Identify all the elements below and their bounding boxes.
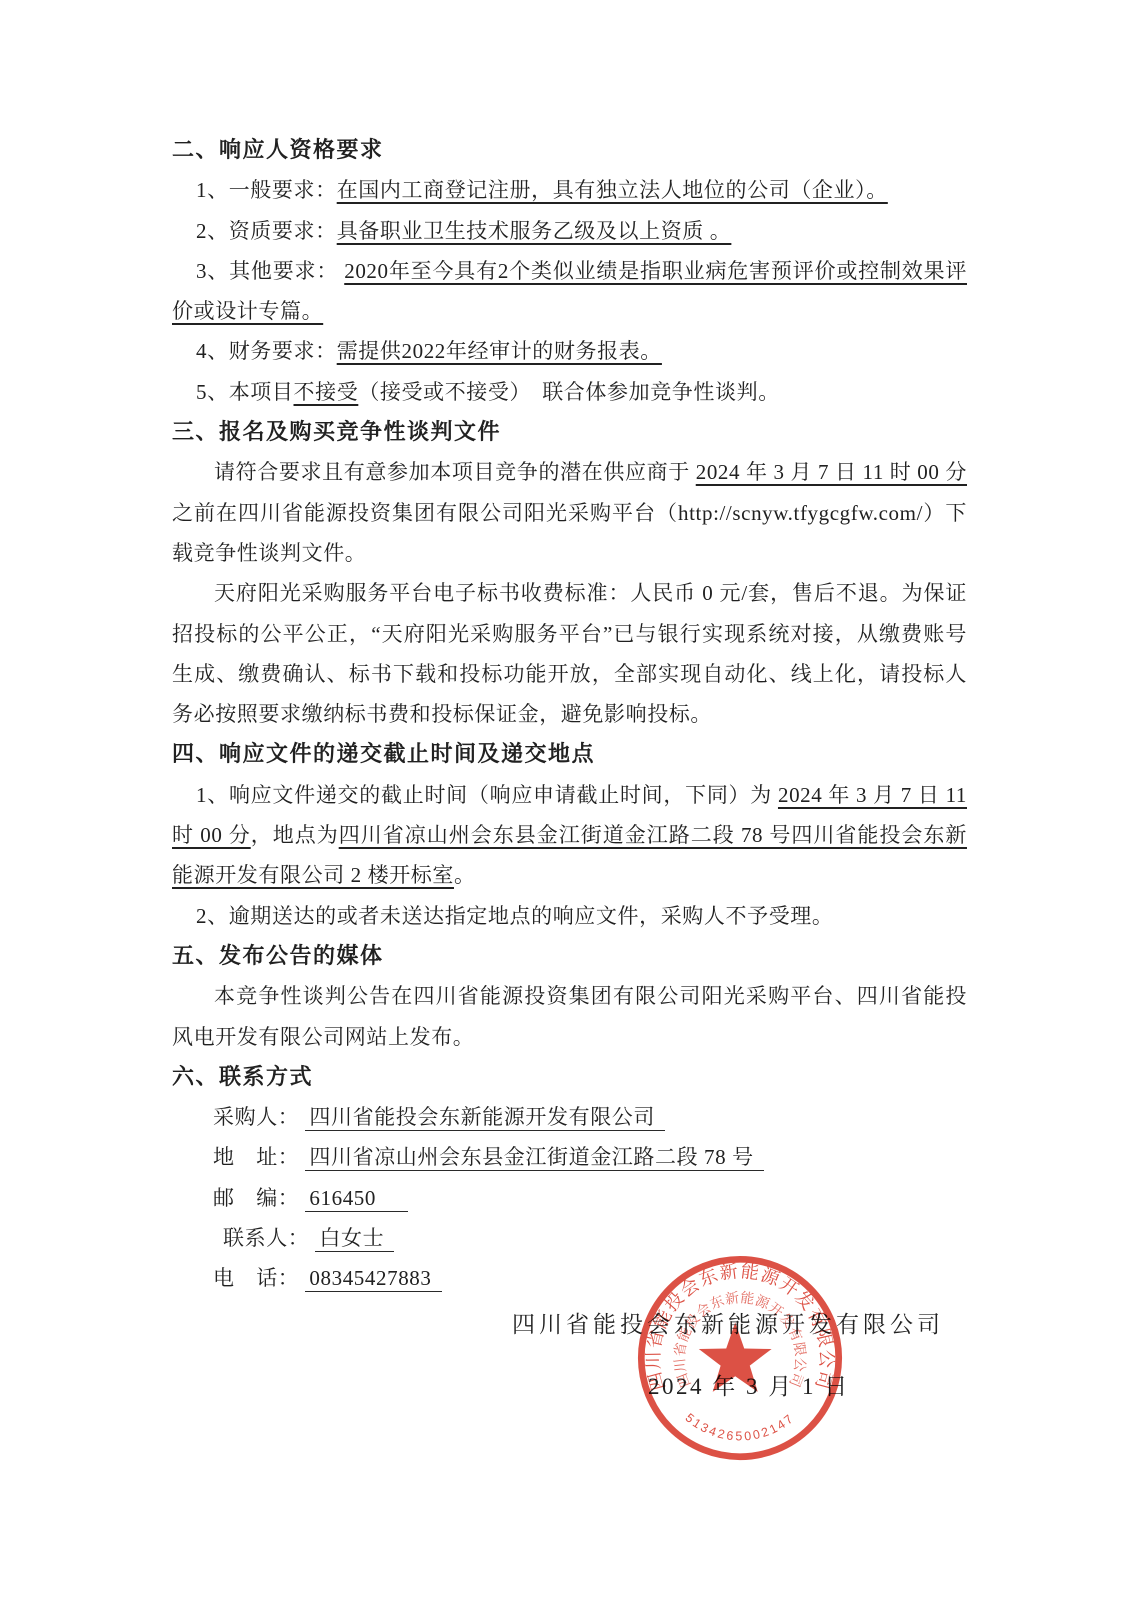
registration-text-post: 之前在四川省能源投资集团有限公司阳光采购平台（http://scnyw.tfyg… [172, 501, 967, 565]
item-2-label: 2、资质要求： [196, 219, 337, 243]
item-5-choice: 不接受 [294, 380, 359, 404]
address-label: 地 址： [213, 1145, 299, 1169]
seal-number: 5134265002147 [683, 1411, 798, 1444]
postcode-value: 616450 [305, 1186, 407, 1212]
section-5-heading: 五、发布公告的媒体 [172, 936, 967, 976]
postcode-label: 邮 编： [213, 1186, 299, 1210]
contact-row-purchaser: 采购人：四川省能投会东新能源开发有限公司 [172, 1097, 967, 1137]
section-4-heading: 四、响应文件的递交截止时间及递交地点 [172, 734, 967, 774]
section-3-heading: 三、报名及购买竞争性谈判文件 [172, 412, 967, 452]
platform-fee-paragraph: 天府阳光采购服务平台电子标书收费标准：人民币 0 元/套，售后不退。为保证招投标… [172, 573, 967, 734]
requirement-item-1: 1、一般要求：在国内工商登记注册，具有独立法人地位的公司（企业）。 [172, 170, 967, 210]
address-value: 四川省凉山州会东县金江街道金江路二段 78 号 [305, 1145, 763, 1171]
requirement-item-5: 5、本项目不接受（接受或不接受） 联合体参加竞争性谈判。 [172, 372, 967, 412]
section-6-heading: 六、联系方式 [172, 1057, 967, 1097]
item-4-label: 4、财务要求： [196, 339, 337, 363]
submission-item-2: 2、逾期送达的或者未送达指定地点的响应文件，采购人不予受理。 [172, 896, 967, 936]
item-5-suffix: （接受或不接受） 联合体参加竞争性谈判。 [358, 380, 780, 404]
registration-paragraph: 请符合要求且有意参加本项目竞争的潜在供应商于 2024 年 3 月 7 日 11… [172, 452, 967, 573]
requirement-item-4: 4、财务要求：需提供2022年经审计的财务报表。 [172, 331, 967, 371]
submission-text-mid: ，地点为 [251, 823, 339, 847]
submission-text-pre: 1、响应文件递交的截止时间（响应申请截止时间，下同）为 [196, 783, 778, 807]
contact-person-value: 白女士 [315, 1226, 394, 1252]
phone-value: 08345427883 [305, 1266, 441, 1292]
purchaser-label: 采购人： [213, 1105, 299, 1129]
registration-deadline: 2024 年 3 月 7 日 11 时 00 分 [696, 460, 967, 484]
item-5-label: 5、本项目 [196, 380, 294, 404]
item-2-value: 具备职业卫生技术服务乙级及以上资质 。 [337, 219, 732, 243]
item-4-value: 需提供2022年经审计的财务报表。 [337, 339, 662, 363]
contact-row-postcode: 邮 编：616450 [172, 1178, 967, 1218]
announcement-media-paragraph: 本竞争性谈判公告在四川省能源投资集团有限公司阳光采购平台、四川省能投风电开发有限… [172, 976, 967, 1057]
purchaser-value: 四川省能投会东新能源开发有限公司 [305, 1105, 665, 1131]
submission-item-1: 1、响应文件递交的截止时间（响应申请截止时间，下同）为 2024 年 3 月 7… [172, 775, 967, 896]
company-seal: 四川省能投会东新能源开发有限公司 四川省能投会东新能源开发有限公司 513426… [625, 1243, 855, 1473]
registration-text-pre: 请符合要求且有意参加本项目竞争的潜在供应商于 [214, 460, 696, 484]
contact-row-address: 地 址：四川省凉山州会东县金江街道金江路二段 78 号 [172, 1137, 967, 1177]
section-2-heading: 二、响应人资格要求 [172, 130, 967, 170]
requirement-item-2: 2、资质要求：具备职业卫生技术服务乙级及以上资质 。 [172, 211, 967, 251]
item-1-value: 在国内工商登记注册，具有独立法人地位的公司（企业）。 [337, 178, 888, 202]
phone-label: 电 话： [213, 1266, 299, 1290]
item-3-label: 3、其他要求： [196, 259, 344, 283]
document-body: 二、响应人资格要求 1、一般要求：在国内工商登记注册，具有独立法人地位的公司（企… [172, 130, 967, 1299]
document-page: 二、响应人资格要求 1、一般要求：在国内工商登记注册，具有独立法人地位的公司（企… [0, 0, 1131, 1600]
item-1-label: 1、一般要求： [196, 178, 337, 202]
seal-star-icon [699, 1323, 772, 1392]
submission-text-post: 。 [454, 863, 476, 887]
contact-person-label: 联系人： [223, 1226, 309, 1250]
requirement-item-3: 3、其他要求： 2020年至今具有2个类似业绩是指职业病危害预评价或控制效果评价… [172, 251, 967, 332]
